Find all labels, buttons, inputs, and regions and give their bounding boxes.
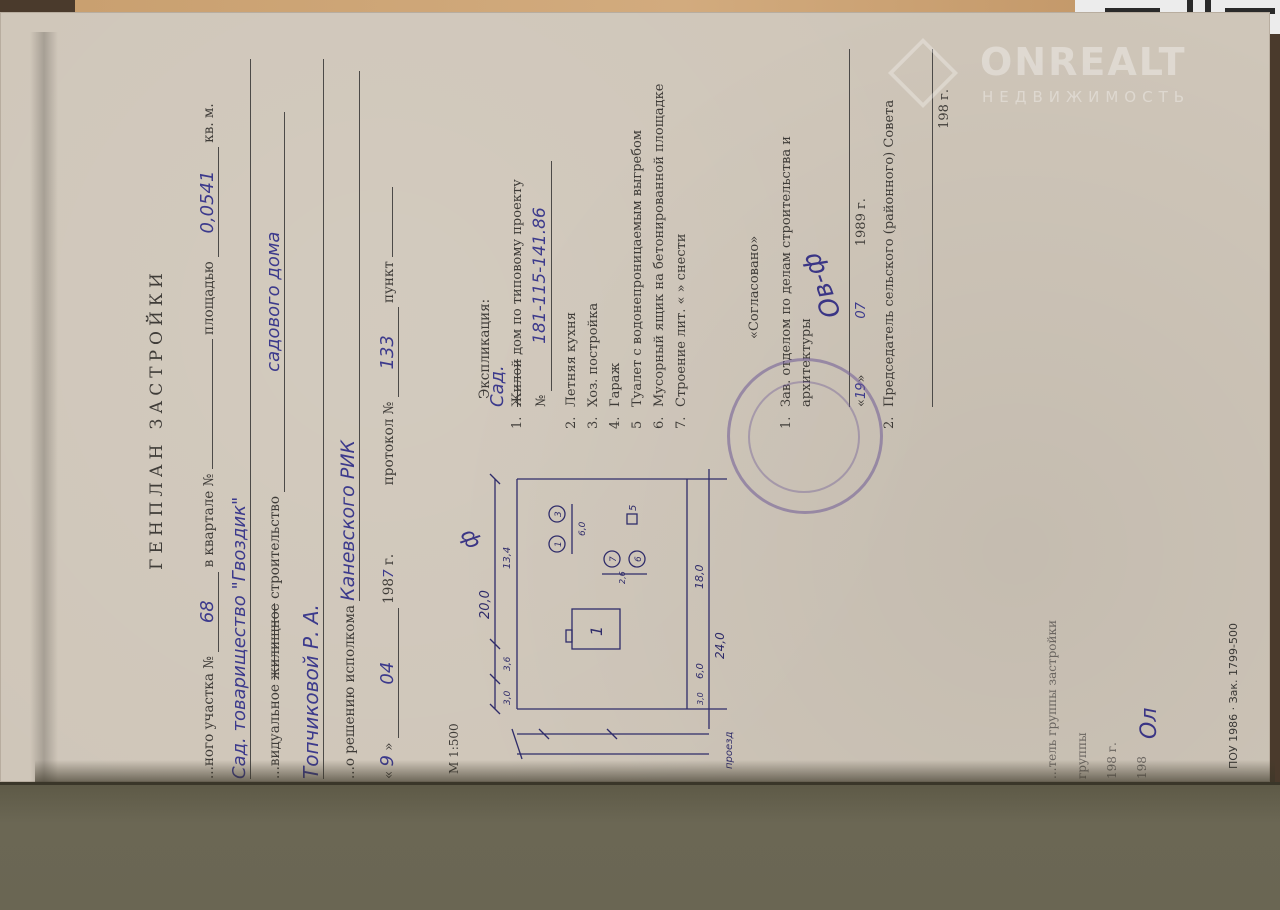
approval-year: 1989 <box>854 213 869 246</box>
svg-text:1: 1 <box>587 626 606 636</box>
handwritten-correction: Сад. <box>487 365 509 407</box>
approval-year-unit: г. <box>854 198 869 209</box>
site-plan-svg: 20,0 3,0 3,6 13,4 1 1 3 6,0 7 6 5 2,6 24… <box>477 439 737 769</box>
association-line: Сад. товарищество "Гвоздик" <box>229 59 251 779</box>
item-number: 7. <box>671 417 693 429</box>
explication-item-3: 3. Хоз. постройка <box>583 49 605 429</box>
svg-text:5: 5 <box>628 505 639 511</box>
agreed-heading: «Согласовано» <box>747 236 762 339</box>
area-unit: кв. м. <box>201 103 217 142</box>
point-value <box>392 187 393 257</box>
watermark-subtitle: НЕДВИЖИМОСТЬ <box>982 88 1190 106</box>
item-number: 4. <box>605 417 627 429</box>
item-number: 6. <box>649 417 671 429</box>
signature-2: Ол <box>1137 708 1162 739</box>
svg-text:13,4: 13,4 <box>502 547 513 569</box>
document-sheet: ГЕНПЛАН ЗАСТРОЙКИ ...ного участка № 68 в… <box>0 12 1270 782</box>
approval-date-1: «19» 07 1989 г. <box>852 49 872 407</box>
project-number: 181-115-141.86 <box>529 161 552 391</box>
item-text: Мусорный ящик на бетонированной площадке <box>652 84 667 407</box>
construction-value: садового дома <box>263 112 285 492</box>
quote-close: » <box>381 742 397 750</box>
item-text: Гараж <box>608 363 623 407</box>
item-number: 2. <box>561 417 583 429</box>
item-number: 5 <box>627 421 649 429</box>
house-logo-icon <box>888 38 958 108</box>
protocol-label: протокол № <box>381 402 397 486</box>
watermark-brand: ONREALT <box>980 40 1187 84</box>
svg-text:3: 3 <box>554 511 564 517</box>
point-label: пункт <box>381 261 397 303</box>
explication-item-4: 4. Гараж <box>605 49 627 429</box>
item-text: Хоз. постройка <box>586 303 601 407</box>
explication-item-6: 6. Мусорный ящик на бетонированной площа… <box>649 49 671 429</box>
quarter-label: в квартале № <box>201 474 217 568</box>
item-number: 3. <box>583 417 605 429</box>
approval-title: Председатель сельского (районного) Совет… <box>882 100 897 407</box>
plot-line: ...ного участка № 68 в квартале № площад… <box>197 103 219 779</box>
protocol-number: 133 <box>377 307 399 397</box>
svg-text:24,0: 24,0 <box>713 632 727 659</box>
date-protocol-line: « 9 » 04 1987 г. протокол № 133 пункт <box>377 187 399 779</box>
document-title: ГЕНПЛАН ЗАСТРОЙКИ <box>147 99 167 739</box>
item-text: дом по типовому проекту <box>510 179 525 355</box>
explication-item-1: 1. Сад. Жилой дом по типовому проекту № … <box>507 49 553 429</box>
svg-text:3,6: 3,6 <box>503 656 513 671</box>
project-number-line: № 181-115-141.86 <box>529 49 553 407</box>
folder-cover <box>0 782 1280 910</box>
official-stamp <box>727 358 883 514</box>
explication-item-2: 2. Летняя кухня <box>561 49 583 429</box>
item-text: Строение лит. « » снести <box>674 234 689 407</box>
svg-text:3,0: 3,0 <box>696 692 705 705</box>
plot-number: 68 <box>197 572 219 652</box>
decision-authority: Каневского РИК <box>337 71 360 601</box>
group-date: 198 г. <box>1097 619 1127 779</box>
watermark: ONREALT НЕДВИЖИМОСТЬ <box>890 40 1250 110</box>
print-mark: ПОУ 1986 · Зак. 1799-500 <box>1227 623 1240 769</box>
year-prefix: 198 <box>381 578 397 604</box>
item-text: Летняя кухня <box>564 312 579 407</box>
struck-word: Жилой <box>510 359 525 407</box>
decision-line: ...о решению исполкома Каневского РИК <box>337 71 360 779</box>
explication-item-7: 7. Строение лит. « » снести <box>671 49 693 429</box>
decision-month: 04 <box>377 608 399 738</box>
approval-number: 2. <box>880 417 900 429</box>
lower-left-block: ...тель группы застройки группы 198 г. 1… <box>1037 619 1157 779</box>
construction-type-line: ...видуальное жилищное строительство сад… <box>263 112 285 779</box>
group-label: ...тель группы застройки группы <box>1037 619 1097 779</box>
group-year: 198 <box>1127 619 1157 779</box>
svg-text:1: 1 <box>554 541 564 547</box>
site-plan-drawing: 20,0 3,0 3,6 13,4 1 1 3 6,0 7 6 5 2,6 24… <box>477 439 737 769</box>
quarter-number <box>212 339 213 469</box>
svg-text:6,0: 6,0 <box>695 663 706 679</box>
struck-word: жилищное <box>267 603 283 680</box>
signature-line-1 <box>821 49 850 407</box>
item-text: Туалет с водонепроницаемым выгребом <box>630 130 645 407</box>
area-label: площадью <box>201 261 217 335</box>
year-suffix: 7 <box>381 569 397 578</box>
item-number: 1. <box>507 417 529 429</box>
svg-text:18,0: 18,0 <box>693 565 706 590</box>
approval-month: 07 <box>852 250 872 370</box>
owner-name: Топчиковой Р. А. <box>299 59 324 779</box>
construction-label: строительство <box>267 496 283 599</box>
owner-line: Топчиковой Р. А. <box>299 59 324 779</box>
decision-label: ...о решению исполкома <box>342 605 358 779</box>
year-unit: г. <box>381 554 397 565</box>
explication-list: 1. Сад. Жилой дом по типовому проекту № … <box>507 49 693 429</box>
plan-top-total: 20,0 <box>478 590 493 619</box>
project-label: № <box>534 395 549 407</box>
association-name: Сад. товарищество "Гвоздик" <box>229 59 251 779</box>
svg-text:3,0: 3,0 <box>503 690 513 705</box>
svg-text:6: 6 <box>634 556 644 562</box>
explication-item-5: 5 Туалет с водонепроницаемым выгребом <box>627 49 649 429</box>
svg-text:2,6: 2,6 <box>618 571 627 584</box>
document-content: ГЕНПЛАН ЗАСТРОЙКИ ...ного участка № 68 в… <box>37 39 1257 779</box>
svg-text:6,0: 6,0 <box>578 521 588 536</box>
svg-text:7: 7 <box>609 556 619 562</box>
area-value: 0,0541 <box>197 147 219 257</box>
